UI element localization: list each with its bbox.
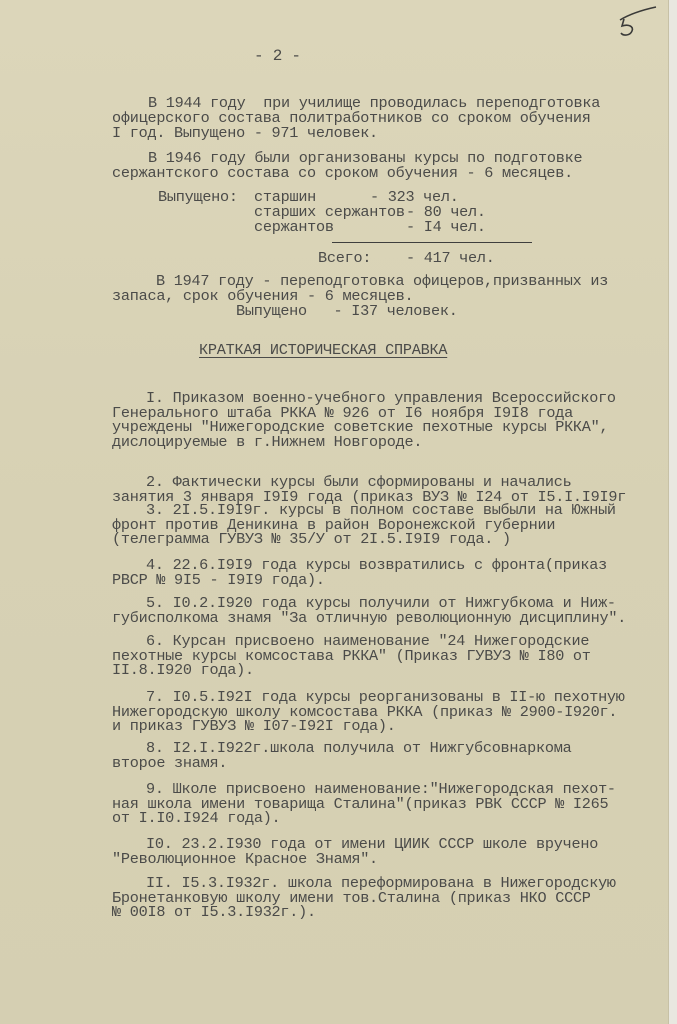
- handwritten-folio-number: [618, 6, 658, 40]
- text-line: сержантского состава со сроком обучения …: [112, 166, 573, 181]
- graduates-category: сержантов: [254, 220, 334, 235]
- list-item-line: РВСР № 9I5 - I9I9 года).: [112, 573, 325, 588]
- list-item-line: второе знамя.: [112, 756, 227, 771]
- graduates-label: Выпущено:: [158, 190, 238, 205]
- list-item-line: № 00I8 от I5.3.I932г.).: [112, 905, 316, 920]
- list-item-line: губисполкома знамя "За отличную революци…: [112, 611, 626, 626]
- graduates-total-label: Всего:: [318, 251, 371, 266]
- list-item-line: дислоцируемые в г.Нижнем Новгороде.: [112, 435, 422, 450]
- list-item-line: от I.I0.I924 года).: [112, 811, 280, 826]
- total-divider: [332, 242, 532, 243]
- text-line: I год. Выпущено - 971 человек.: [112, 126, 378, 141]
- text-line: Выпущено - I37 человек.: [236, 304, 458, 319]
- list-item-line: II.8.I920 года).: [112, 663, 254, 678]
- graduates-count: - I4 чел.: [406, 220, 486, 235]
- list-item-line: (телеграмма ГУВУЗ № 35/У от 2I.5.I9I9 го…: [112, 532, 511, 547]
- page-number: - 2 -: [254, 49, 301, 64]
- list-item-line: "Революционное Красное Знамя".: [112, 852, 378, 867]
- graduates-total-count: - 417 чел.: [406, 251, 495, 266]
- page-edge: [668, 0, 677, 1024]
- section-heading: КРАТКАЯ ИСТОРИЧЕСКАЯ СПРАВКА: [199, 343, 447, 358]
- list-item-line: и приказ ГУВУЗ № I07-I92I года).: [112, 719, 396, 734]
